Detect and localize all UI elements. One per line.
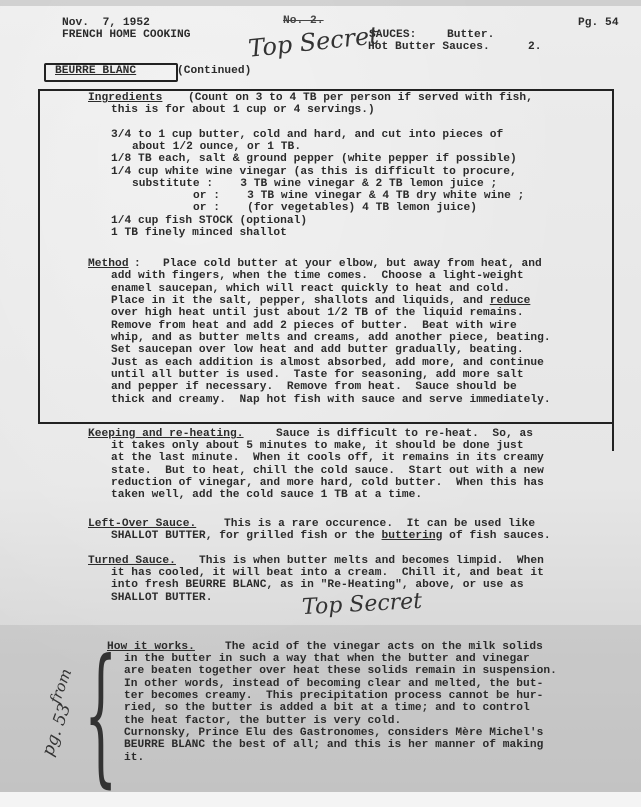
leftover-underlined-buttering: buttering — [382, 530, 443, 542]
method-line-4-text: Place in it the salt, pepper, shallots a… — [111, 295, 490, 307]
keeping-line-1: Sauce is difficult to re-heat. So, as — [276, 428, 533, 441]
how-line-1: The acid of the vinegar acts on the milk… — [225, 641, 543, 654]
curly-brace-mark: { — [84, 640, 117, 790]
header-subcategory-number: 2. — [528, 41, 542, 54]
header-subcategory: Hot Butter Sauces. — [368, 41, 490, 54]
leftover-heading: Left-Over Sauce. — [88, 518, 196, 531]
ingredient-1-line2: about 1/2 ounce, or 1 TB. — [132, 141, 301, 154]
scan-edge-top — [0, 0, 641, 6]
top-secret-annotation-2: Top Secret — [301, 589, 422, 620]
leftover-line-2: SHALLOT BUTTER, for grilled fish or the … — [111, 530, 551, 543]
ingredient-5: 1 TB finely minced shallot — [111, 227, 287, 240]
method-line-7: whip, and as butter melts and creams, ad… — [111, 332, 551, 345]
keeping-heading: Keeping and re-heating. — [88, 428, 244, 441]
how-line-2: in the butter in such a way that when th… — [124, 653, 530, 666]
header-course: FRENCH HOME COOKING — [62, 29, 191, 42]
method-line-10: until all butter is used. Taste for seas… — [111, 369, 524, 382]
ingredient-3-line1: 1/4 cup white wine vinegar (as this is d… — [111, 166, 517, 179]
ingredients-intro-2: this is for about 1 cup or 4 servings.) — [111, 104, 375, 117]
header-page-number: Pg. 54 — [578, 17, 619, 30]
how-line-9: BEURRE BLANC the best of all; and this i… — [124, 739, 543, 752]
how-line-7: the heat factor, the butter is very cold… — [124, 715, 401, 728]
box-left-border — [38, 89, 40, 424]
ingredient-3-line2: substitute : 3 TB wine vinegar & 2 TB le… — [132, 178, 497, 191]
method-line-2: add with fingers, when the time comes. C… — [111, 270, 524, 283]
how-line-5: ter becomes creamy. This precipitation p… — [124, 690, 543, 703]
keeping-line-3: at the last minute. When it cools off, i… — [111, 452, 544, 465]
header-crossed-out: No. 2. — [283, 15, 324, 28]
box-top-border — [38, 89, 614, 91]
keeping-line-2: it takes only about 5 minutes to make, i… — [111, 440, 524, 453]
method-colon: : — [134, 258, 141, 271]
method-heading: Method — [88, 258, 129, 271]
ingredient-1-line1: 3/4 to 1 cup butter, cold and hard, and … — [111, 129, 503, 142]
turned-line-3: into fresh BEURRE BLANC, as in "Re-Heati… — [111, 579, 524, 592]
method-line-1: Place cold butter at your elbow, but awa… — [163, 258, 542, 271]
recipe-title-suffix: (Continued) — [177, 65, 251, 78]
ingredients-heading: Ingredients — [88, 92, 162, 105]
method-underlined-reduce: reduce — [490, 295, 531, 307]
how-it-works-heading: How it works. — [107, 641, 195, 654]
leftover-line-1: This is a rare occurence. It can be used… — [224, 518, 535, 531]
method-line-8: Set saucepan over low heat and add butte… — [111, 344, 524, 357]
ingredient-3-line3: or : 3 TB wine vinegar & 4 TB dry white … — [193, 190, 524, 203]
method-line-4: Place in it the salt, pepper, shallots a… — [111, 295, 530, 308]
keeping-line-4: state. But to heat, chill the cold sauce… — [111, 465, 544, 478]
header-category-value: Butter. — [447, 29, 494, 42]
method-line-11: and pepper if necessary. Remove from hea… — [111, 381, 517, 394]
how-line-4: In other words, instead of becoming clea… — [124, 678, 543, 691]
method-line-6: Remove from heat and add 2 pieces of but… — [111, 320, 517, 333]
method-line-9: Just as each addition is almost absorbed… — [111, 357, 544, 370]
method-line-12: thick and creamy. Nap hot fish with sauc… — [111, 394, 551, 407]
turned-line-2: it has cooled, it will beat into a cream… — [111, 567, 544, 580]
typewritten-page: Nov. 7, 1952 No. 2. Pg. 54 FRENCH HOME C… — [0, 0, 641, 807]
keeping-line-5: reduction of vinegar, and more hard, col… — [111, 477, 544, 490]
how-line-6: ried, so the butter is added a bit at a … — [124, 702, 530, 715]
method-line-5: over high heat until just about 1/2 TB o… — [111, 307, 524, 320]
how-line-8: Curnonsky, Prince Elu des Gastronomes, c… — [124, 727, 543, 740]
header-date: Nov. 7, 1952 — [62, 17, 150, 30]
recipe-title: BEURRE BLANC — [55, 65, 136, 78]
ingredients-intro-1: (Count on 3 to 4 TB per person if served… — [188, 92, 533, 105]
box-right-border — [612, 89, 614, 451]
ingredient-3-line4: or : (for vegetables) 4 TB lemon juice) — [193, 202, 477, 215]
keeping-line-6: taken well, add the cold sauce 1 TB at a… — [111, 489, 422, 502]
how-line-10: it. — [124, 752, 144, 765]
ingredient-2: 1/8 TB each, salt & ground pepper (white… — [111, 153, 517, 166]
leftover-line-2-post: of fish sauces. — [442, 530, 550, 542]
top-secret-annotation: Top Secret — [247, 21, 380, 63]
how-line-3: are beaten together over heat these soli… — [124, 665, 557, 678]
ingredient-4: 1/4 cup fish STOCK (optional) — [111, 215, 307, 228]
box-bottom-border — [38, 422, 614, 424]
leftover-line-2-pre: SHALLOT BUTTER, for grilled fish or the — [111, 530, 382, 542]
turned-line-1: This is when butter melts and becomes li… — [199, 555, 544, 568]
turned-heading: Turned Sauce. — [88, 555, 176, 568]
turned-line-4: SHALLOT BUTTER. — [111, 592, 212, 605]
method-line-3: enamel saucepan, which will react quickl… — [111, 283, 510, 296]
